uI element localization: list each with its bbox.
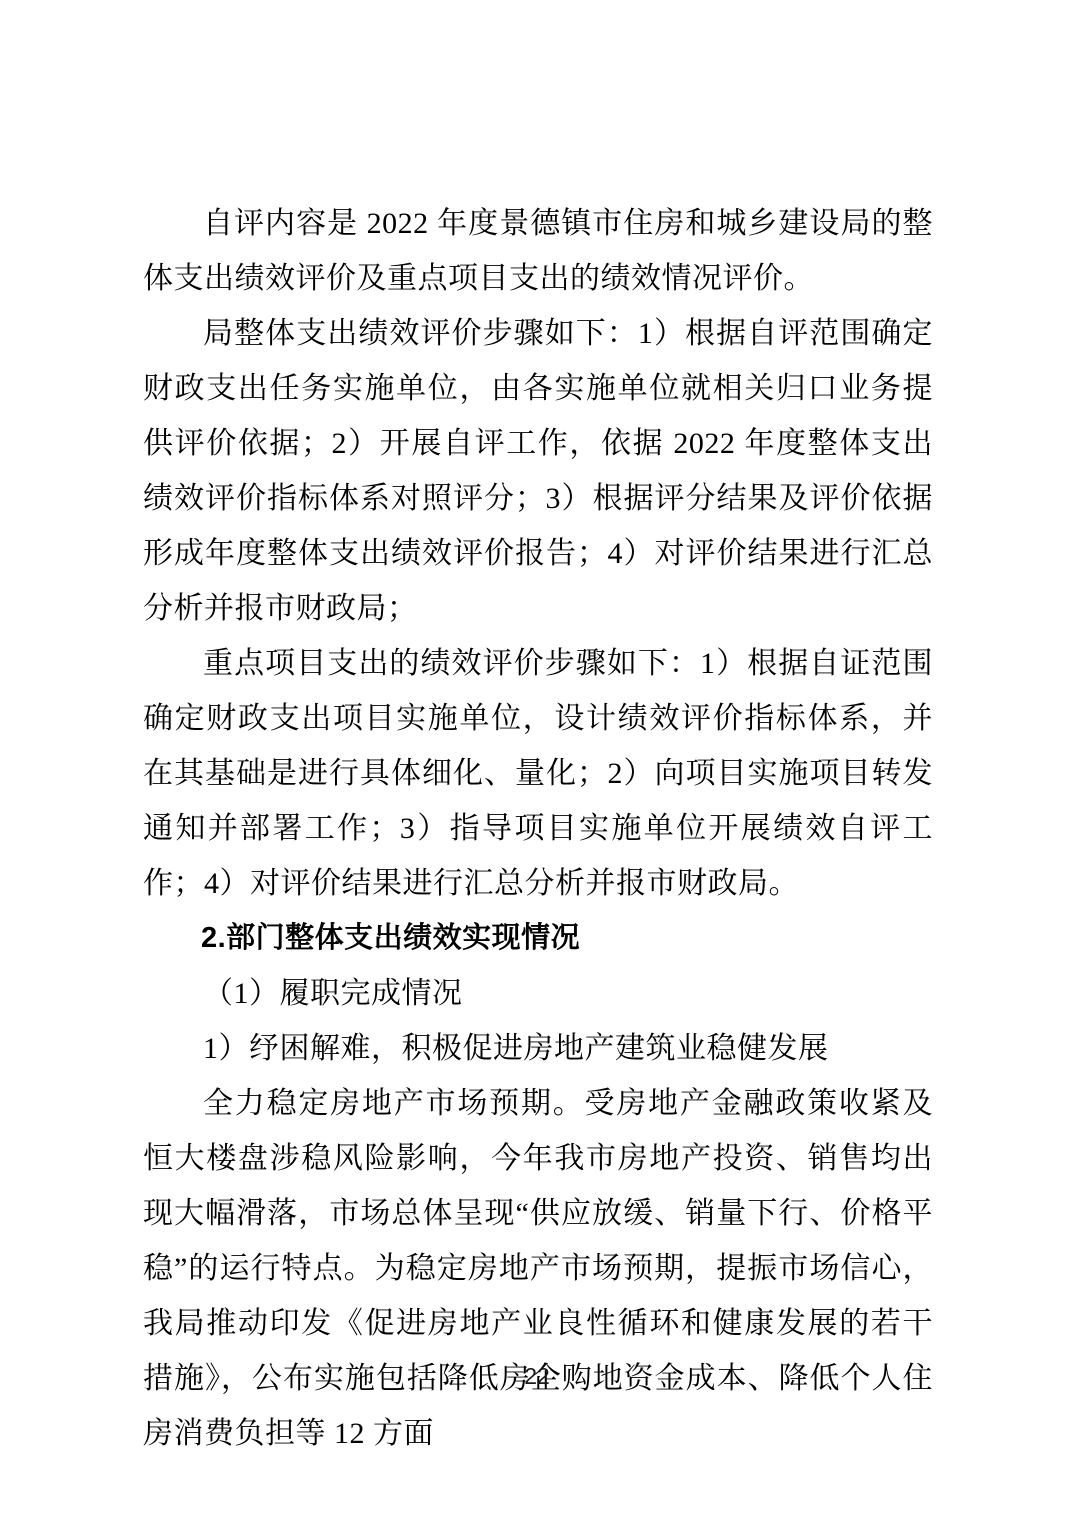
document-body: 自评内容是 2022 年度景德镇市住房和城乡建设局的整体支出绩效评价及重点项目支… (143, 196, 933, 1461)
paragraph-self-evaluation-scope: 自评内容是 2022 年度景德镇市住房和城乡建设局的整体支出绩效评价及重点项目支… (143, 196, 933, 306)
paragraph-overall-expenditure-steps: 局整体支出绩效评价步骤如下：1）根据自评范围确定财政支出任务实施单位，由各实施单… (143, 306, 933, 636)
document-page: 自评内容是 2022 年度景德镇市住房和城乡建设局的整体支出绩效评价及重点项目支… (0, 0, 1074, 1520)
paragraph-real-estate-market: 全力稳定房地产市场预期。受房地产金融政策收紧及恒大楼盘涉稳风险影响，今年我市房地… (143, 1076, 933, 1461)
subheading-duty-completion: （1）履职完成情况 (143, 966, 933, 1021)
subheading-real-estate-development: 1）纾困解难，积极促进房地产建筑业稳健发展 (143, 1021, 933, 1076)
paragraph-key-project-steps: 重点项目支出的绩效评价步骤如下：1）根据自证范围确定财政支出项目实施单位，设计绩… (143, 636, 933, 911)
page-number: 22 (0, 1362, 1074, 1390)
section-heading-performance-realization: 2.部门整体支出绩效实现情况 (143, 911, 933, 966)
